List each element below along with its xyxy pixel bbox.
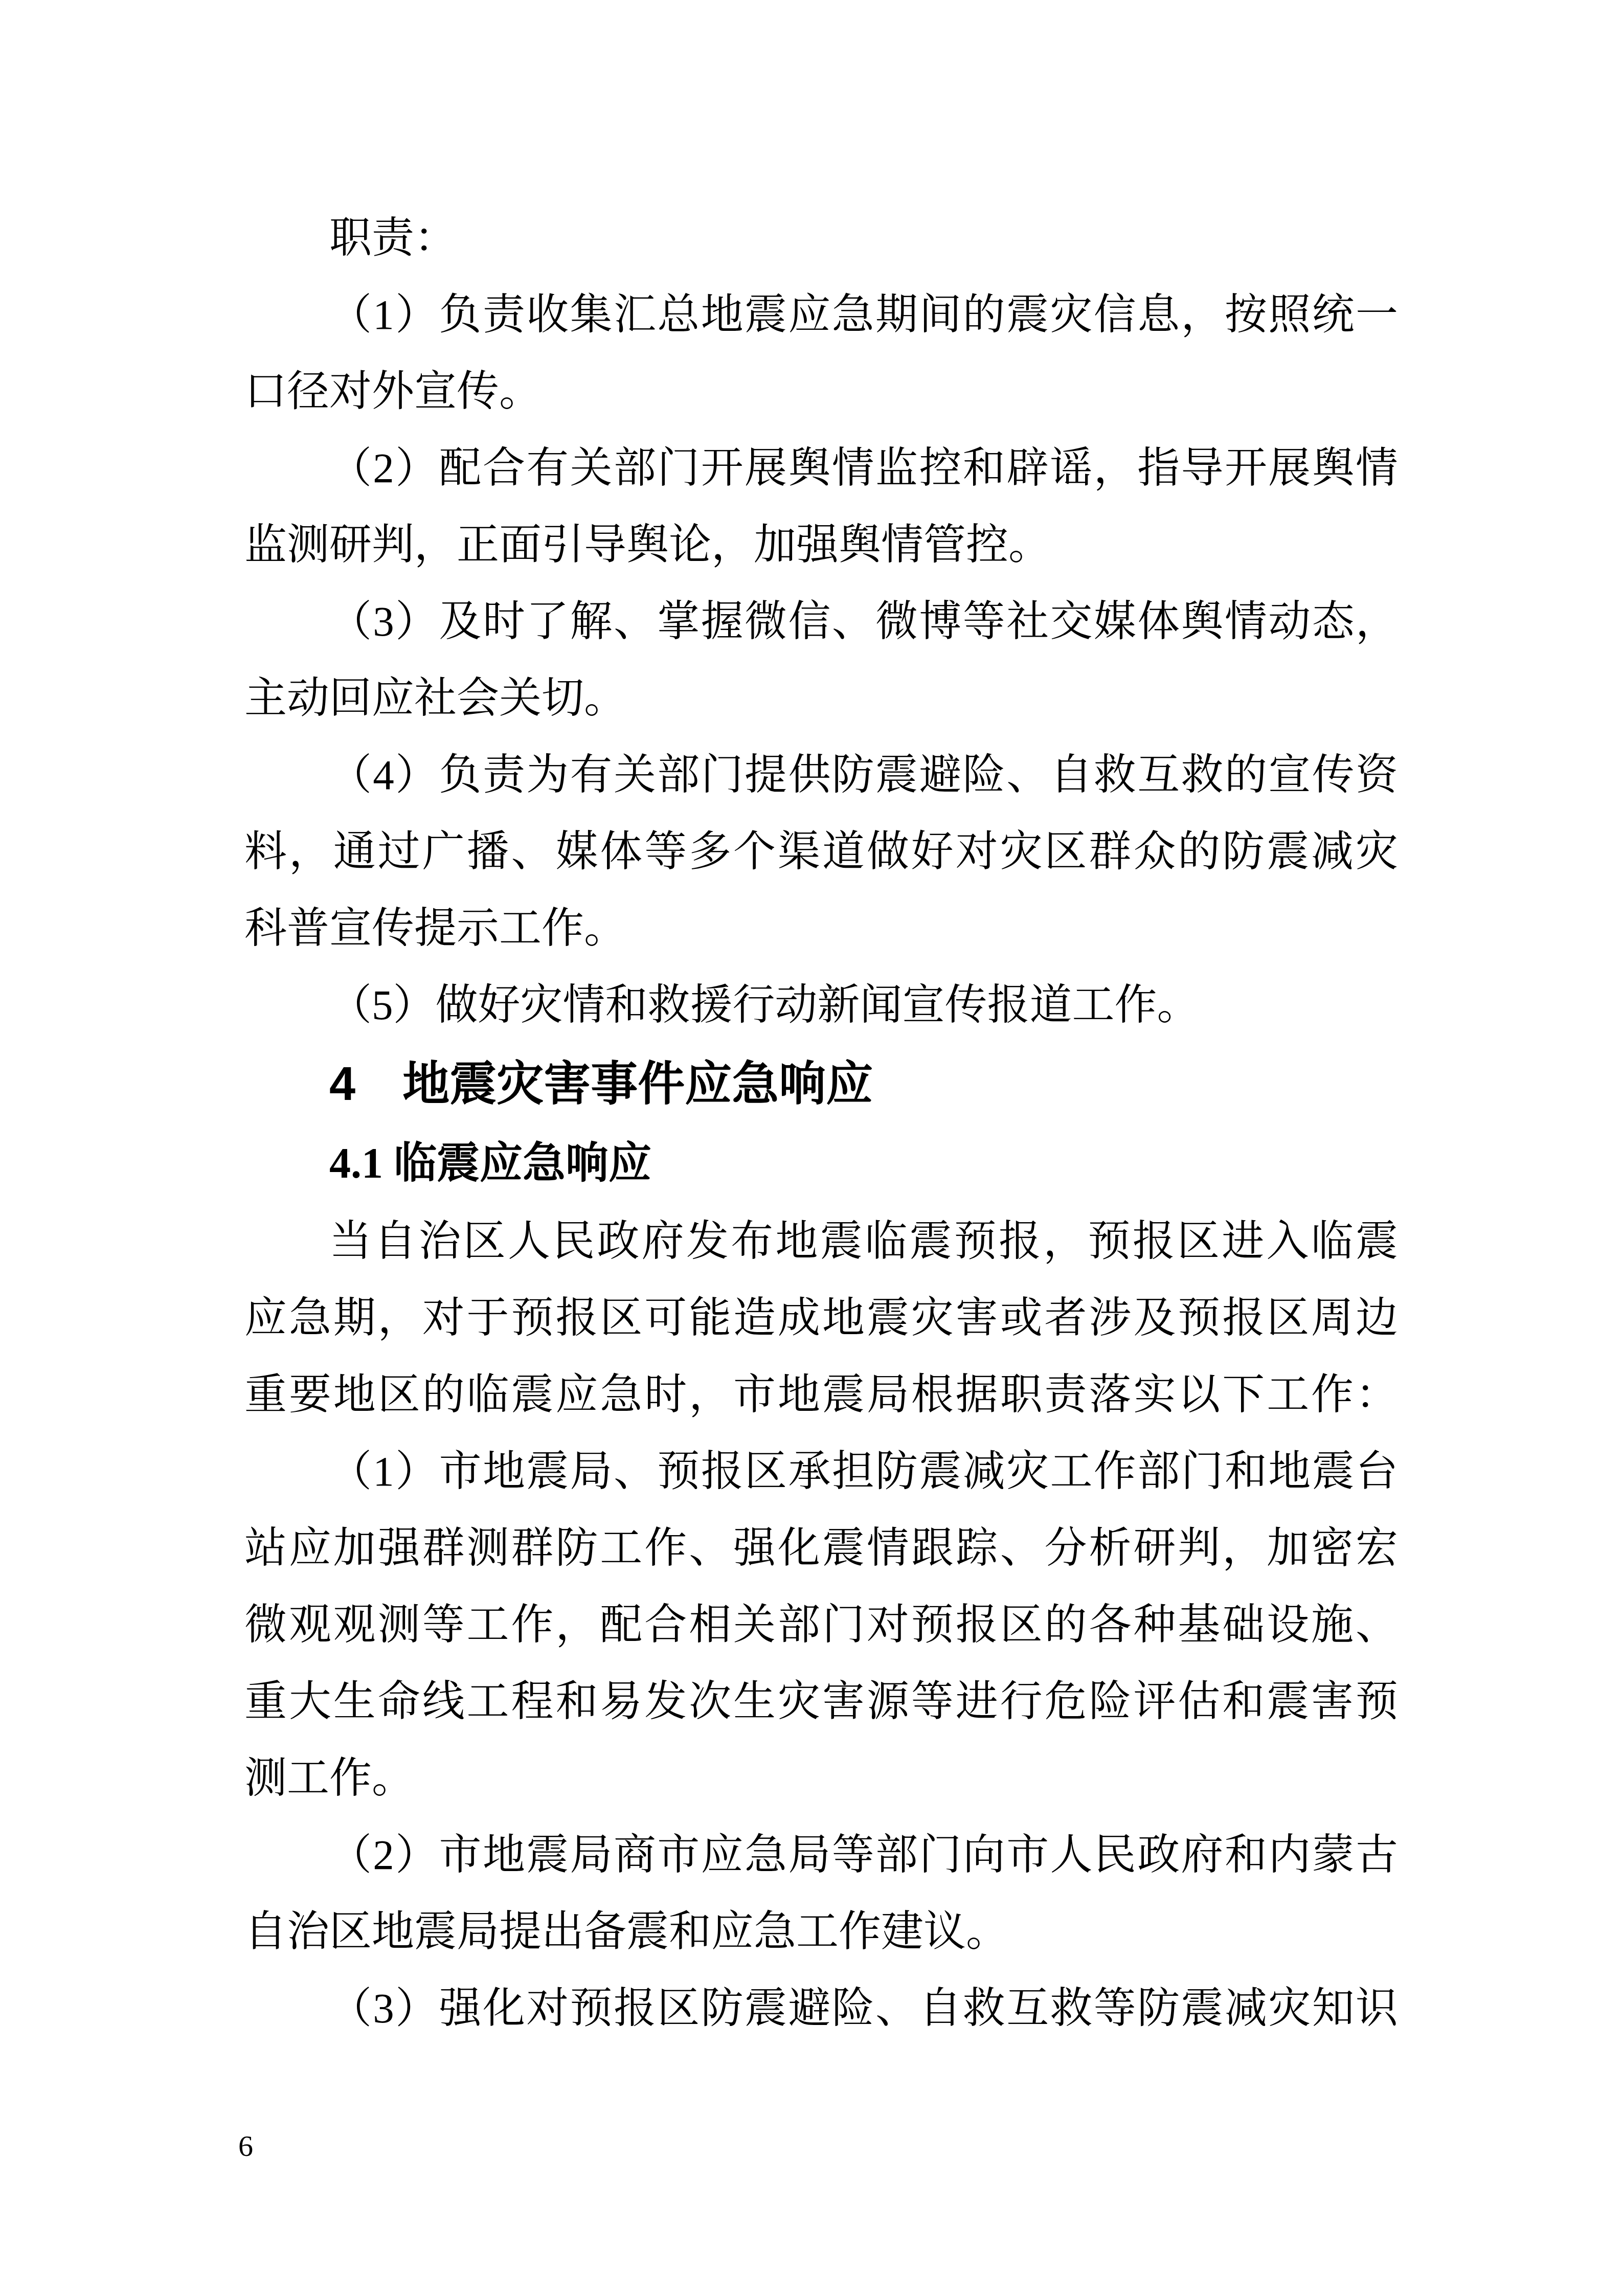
text-line: 重要地区的临震应急时，市地震局根据职责落实以下工作： [244, 1356, 1398, 1433]
text-line: 重大生命线工程和易发次生灾害源等进行危险评估和震害预 [244, 1663, 1398, 1740]
text-line: （2）市地震局商市应急局等部门向市人民政府和内蒙古 [244, 1816, 1398, 1893]
text-line: 站应加强群测群防工作、强化震情跟踪、分析研判，加密宏 [244, 1510, 1398, 1586]
text-line: 科普宣传提示工作。 [244, 890, 1398, 966]
text-line: 料，通过广播、媒体等多个渠道做好对灾区群众的防震减灾 [244, 813, 1398, 890]
page: 职责：（1）负责收集汇总地震应急期间的震灾信息，按照统一口径对外宣传。（2）配合… [0, 0, 1623, 2296]
text-line: 职责： [244, 199, 1398, 276]
text-line: 测工作。 [244, 1740, 1398, 1816]
text-line: 当自治区人民政府发布地震临震预报，预报区进入临震 [244, 1203, 1398, 1279]
text-line: （2）配合有关部门开展舆情监控和辟谣，指导开展舆情 [244, 430, 1398, 506]
text-line: 微观观测等工作，配合相关部门对预报区的各种基础设施、 [244, 1586, 1398, 1663]
text-line: 口径对外宣传。 [244, 353, 1398, 430]
text-line: 自治区地震局提出备震和应急工作建议。 [244, 1893, 1398, 1970]
text-line: 应急期，对于预报区可能造成地震灾害或者涉及预报区周边 [244, 1279, 1398, 1356]
text-line: （1）负责收集汇总地震应急期间的震灾信息，按照统一 [244, 276, 1398, 353]
text-line: （3）强化对预报区防震避险、自救互救等防震减灾知识 [244, 1970, 1398, 2046]
text-line: 监测研判，正面引导舆论，加强舆情管控。 [244, 506, 1398, 583]
heading2-line: 4.1 临震应急响应 [244, 1125, 1398, 1203]
text-line: （4）负责为有关部门提供防震避险、自救互救的宣传资 [244, 736, 1398, 813]
document-body: 职责：（1）负责收集汇总地震应急期间的震灾信息，按照统一口径对外宣传。（2）配合… [244, 199, 1398, 2046]
page-number: 6 [238, 2131, 253, 2161]
text-line: （5）做好灾情和救援行动新闻宣传报道工作。 [244, 966, 1398, 1043]
text-line: （1）市地震局、预报区承担防震减灾工作部门和地震台 [244, 1433, 1398, 1510]
text-line: （3）及时了解、掌握微信、微博等社交媒体舆情动态， [244, 583, 1398, 660]
text-line: 主动回应社会关切。 [244, 660, 1398, 736]
heading1-line: 4 地震灾害事件应急响应 [244, 1043, 1398, 1125]
document-page: { "page": { "number": "6", "background_c… [0, 0, 1623, 2296]
